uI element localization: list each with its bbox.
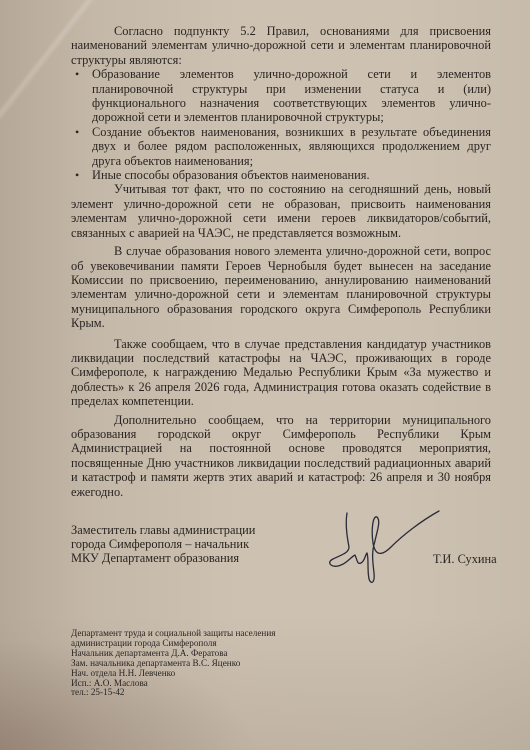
paragraph-events: Дополнительно сообщаем, что на территори… bbox=[71, 413, 491, 499]
paragraph-commission: В случае образования нового элемента ули… bbox=[71, 244, 491, 330]
letter-body: Согласно подпункту 5.2 Правил, основания… bbox=[71, 24, 491, 499]
list-item: • Создание объектов наименования, возник… bbox=[92, 125, 491, 168]
list-item: • Иные способы образования объектов наим… bbox=[92, 168, 491, 182]
list-item-text: Создание объектов наименования, возникши… bbox=[92, 125, 491, 168]
bullet-icon: • bbox=[75, 168, 79, 182]
signer-title: Заместитель главы администрации города С… bbox=[71, 523, 271, 566]
handwritten-signature-icon bbox=[311, 507, 441, 587]
intro-paragraph: Согласно подпункту 5.2 Правил, основания… bbox=[71, 24, 491, 67]
signer-name: Т.И. Сухина bbox=[433, 552, 497, 566]
bullet-icon: • bbox=[75, 67, 79, 81]
paragraph-medal: Также сообщаем, что в случае представлен… bbox=[71, 337, 491, 409]
paragraph-no-street-formed: Учитывая тот факт, что по состоянию на с… bbox=[71, 182, 491, 240]
list-item: • Образование элементов улично-дорожной … bbox=[92, 67, 491, 125]
bullet-icon: • bbox=[75, 125, 79, 139]
signer-title-line: города Симферополя – начальник bbox=[71, 537, 271, 551]
bases-list: • Образование элементов улично-дорожной … bbox=[71, 67, 491, 182]
signature-block: Заместитель главы администрации города С… bbox=[71, 523, 491, 593]
list-item-text: Иные способы образования объектов наимен… bbox=[92, 168, 370, 182]
list-item-text: Образование элементов улично-дорожной се… bbox=[92, 67, 491, 124]
executor-footer: Департамент труда и социальной защиты на… bbox=[71, 629, 275, 698]
signer-title-line: МКУ Департамент образования bbox=[71, 551, 271, 565]
footer-phone: тел.: 25-15-42 bbox=[71, 688, 275, 698]
signer-title-line: Заместитель главы администрации bbox=[71, 523, 271, 537]
